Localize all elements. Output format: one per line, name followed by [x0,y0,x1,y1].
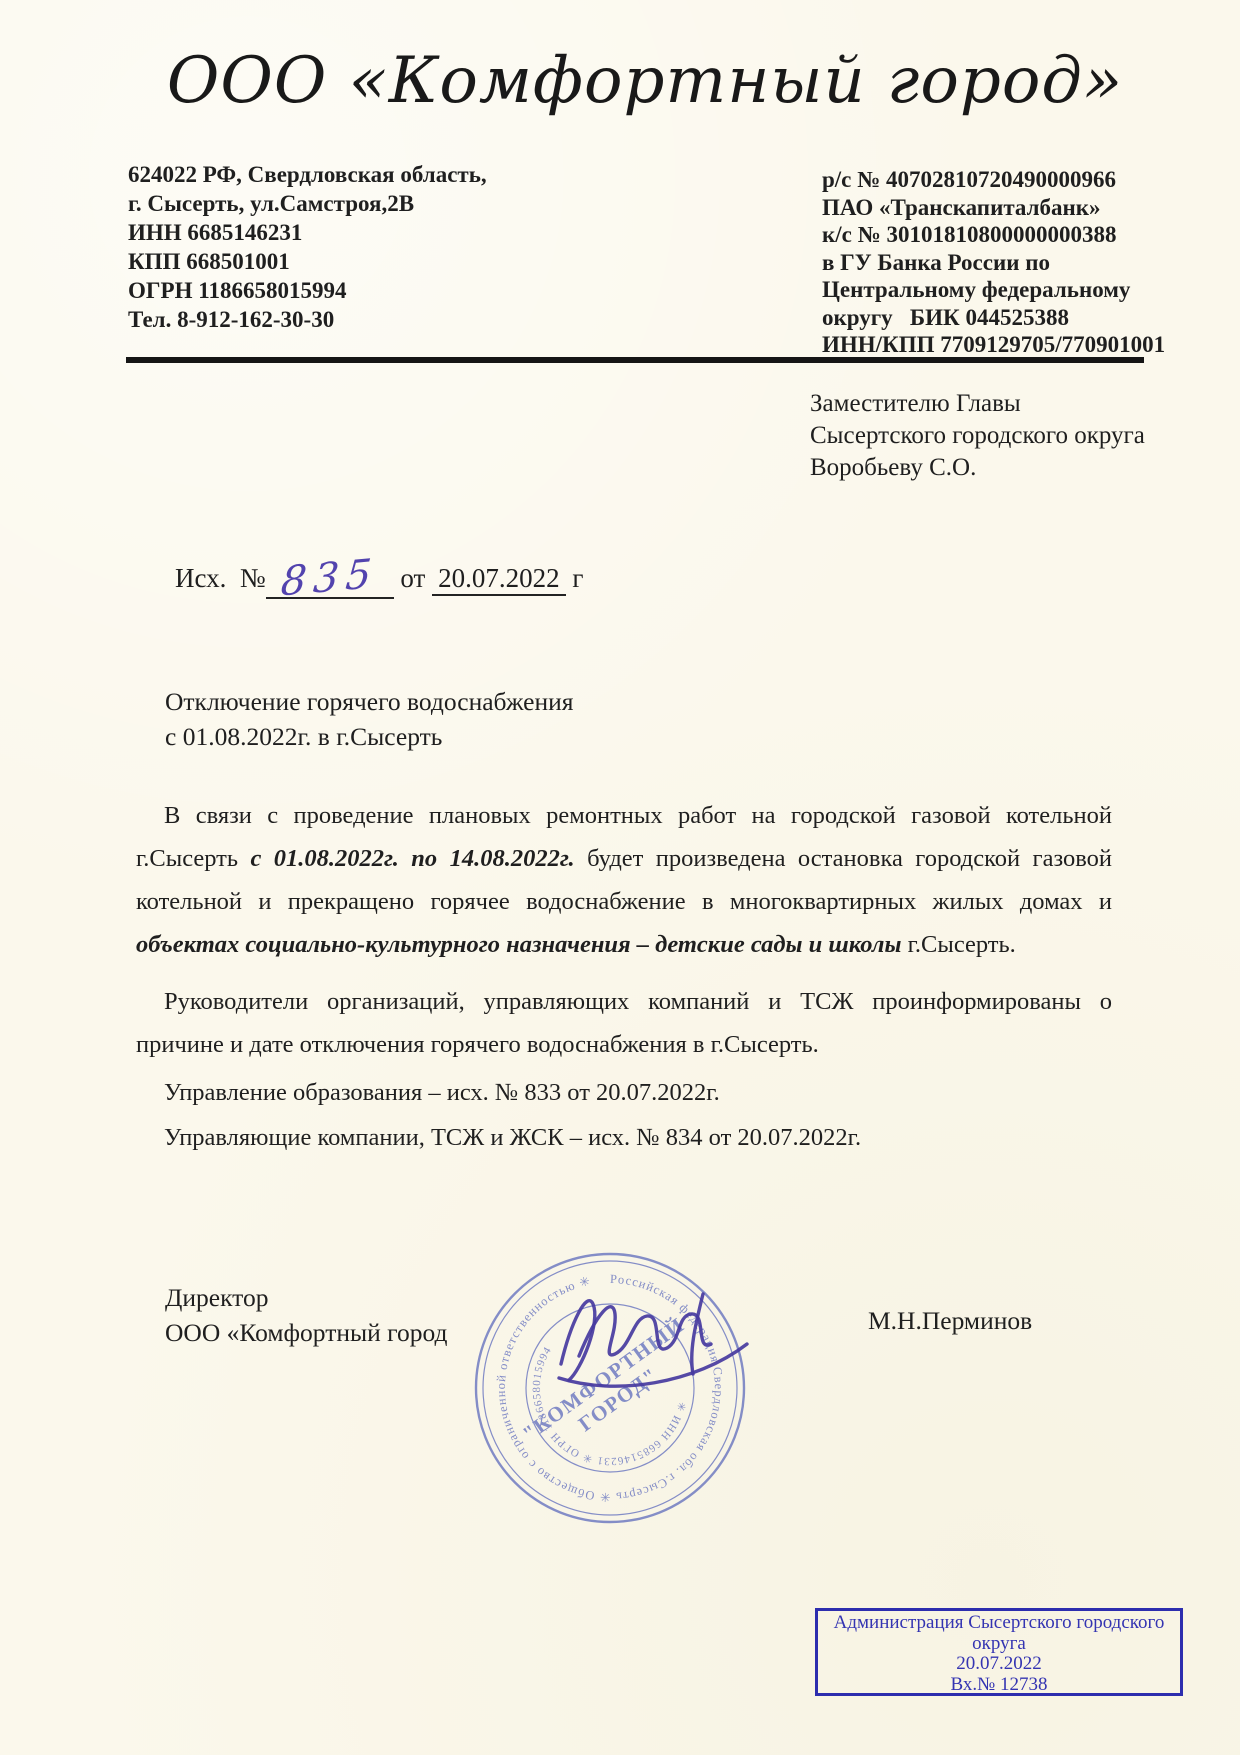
ref-from-label: от [394,563,432,593]
company-phone-line: Тел. 8-912-162-30-30 [128,305,487,334]
ref-prefix: Исх. № [175,563,266,593]
addressee-position: Заместителю Главы [810,388,1145,420]
signatory-position: Директор [165,1280,447,1315]
entry-stamp-date: 20.07.2022 [818,1654,1180,1675]
ref-number-underline: 835 [266,551,394,599]
bank-branch-line-1: в ГУ Банка России по [822,249,1165,277]
body-paragraph-2: Руководители организаций, управляющих ко… [136,980,1112,1066]
subject-block: Отключение горячего водоснабжения с 01.0… [165,684,574,754]
addressee-block: Заместителю Главы Сысертского городского… [810,388,1145,484]
header-divider-line [126,357,1144,363]
handwritten-ref-number: 835 [279,550,380,605]
company-details-block: 624022 РФ, Свердловская область, г. Сысе… [128,160,487,334]
p1-objects-emphasis: объектах социально-культурного назначени… [136,931,901,958]
bank-account-line: р/с № 40702810720490000966 [822,166,1165,194]
signatory-company: ООО «Комфортный город [165,1315,447,1350]
bank-corr-account-line: к/с № 30101810800000000388 [822,221,1165,249]
company-inn-line: ИНН 6685146231 [128,218,487,247]
ref-year-suffix: г [566,563,584,593]
entry-stamp-org-line-2: округа [818,1634,1180,1655]
company-address-line: 624022 РФ, Свердловская область, [128,160,487,189]
letter-body: В связи с проведение плановых ремонтных … [136,794,1112,1159]
entry-stamp-number: Вх.№ 12738 [818,1675,1180,1696]
entry-stamp-org-line-1: Администрация Сысертского городского [818,1613,1180,1634]
body-paragraph-3: Управление образования – исх. № 833 от 2… [136,1071,1112,1114]
bank-branch-line-2: Центральному федеральному [822,276,1165,304]
subject-line-2: с 01.08.2022г. в г.Сысерть [165,719,574,754]
signature-role-block: Директор ООО «Комфортный город [165,1280,447,1350]
addressee-name: Воробьеву С.О. [810,452,1145,484]
bank-bik-line: округу БИК 044525388 [822,304,1165,332]
subject-line-1: Отключение горячего водоснабжения [165,684,574,719]
scanned-letter-page: ООО «Комфортный город» 624022 РФ, Свердл… [0,0,1240,1755]
body-paragraph-1: В связи с проведение плановых ремонтных … [136,794,1112,966]
outgoing-ref-line: Исх. №835 от 20.07.2022 г [175,551,583,599]
company-title: ООО «Комфортный город» [50,44,1240,118]
p1-text-3: г.Сысерть. [901,931,1015,958]
signature-scribble [535,1252,765,1402]
company-city-line: г. Сысерть, ул.Самстроя,2В [128,189,487,218]
bank-name-line: ПАО «Транскапиталбанк» [822,194,1165,222]
p1-dates-emphasis: с 01.08.2022г. по 14.08.2022г. [250,845,574,872]
company-kpp-line: КПП 668501001 [128,247,487,276]
ref-date-underline: 20.07.2022 [432,563,566,596]
body-paragraph-4: Управляющие компании, ТСЖ и ЖСК – исх. №… [136,1116,1112,1159]
company-ogrn-line: ОГРН 1186658015994 [128,276,487,305]
signature-stroke-1 [561,1301,595,1380]
signatory-name: М.Н.Перминов [868,1306,1032,1336]
bank-inn-kpp-line: ИНН/КПП 7709129705/770901001 [822,331,1165,359]
addressee-district: Сысертского городского округа [810,420,1145,452]
bank-details-block: р/с № 40702810720490000966 ПАО «Транскап… [822,166,1165,359]
registration-stamp-box: Администрация Сысертского городского окр… [815,1608,1183,1696]
